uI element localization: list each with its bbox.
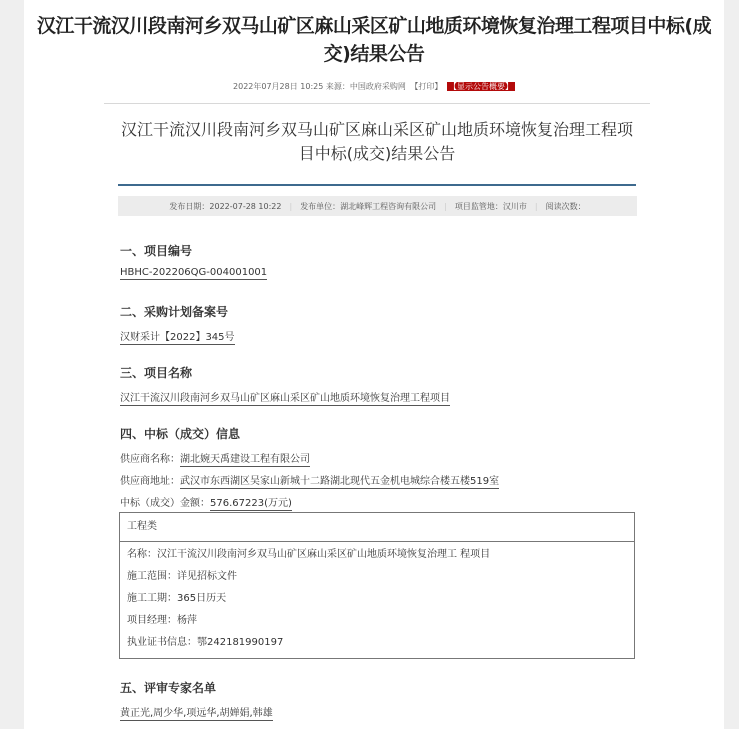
- category-header: 工程类: [120, 513, 634, 542]
- meta-supervision: 项目监管地：汉川市: [455, 201, 527, 212]
- plan-number: 汉财采计【2022】345号: [120, 328, 235, 343]
- project-name: 汉江干流汉川段南河乡双马山矿区麻山采区矿山地质环境恢复治理工程项目: [120, 389, 450, 404]
- section-heading-plan-number: 二、采购计划备案号: [120, 303, 228, 320]
- meta-divider: |: [289, 202, 292, 211]
- title-underline: [118, 184, 636, 186]
- page-title: 汉江干流汉川段南河乡双马山矿区麻山采区矿山地质环境恢复治理工程项目中标(成交)结…: [24, 12, 724, 68]
- meta-read-count: 阅读次数：: [546, 201, 586, 212]
- detail-certificate: 执业证书信息：鄂242181990197: [120, 632, 634, 654]
- award-amount: 中标（成交）金额：576.67223(万元): [120, 494, 292, 509]
- detail-name: 名称：汉江干流汉川段南河乡双马山矿区麻山采区矿山地质环境恢复治理工 程项目: [120, 544, 634, 566]
- project-number: HBHC-202206QG-004001001: [120, 267, 267, 278]
- page-container: 汉江干流汉川段南河乡双马山矿区麻山采区矿山地质环境恢复治理工程项目中标(成交)结…: [24, 0, 724, 729]
- meta-divider: |: [444, 202, 447, 211]
- meta-publisher: 发布单位：湖北峰辉工程咨询有限公司: [300, 201, 436, 212]
- divider: [104, 103, 650, 104]
- print-link[interactable]: 【打印】: [410, 82, 442, 91]
- project-detail-box: 工程类 名称：汉江干流汉川段南河乡双马山矿区麻山采区矿山地质环境恢复治理工 程项…: [119, 512, 635, 659]
- section-heading-project-number: 一、项目编号: [120, 242, 192, 259]
- meta-bar: 发布日期：2022-07-28 10:22 | 发布单位：湖北峰辉工程咨询有限公…: [118, 196, 637, 216]
- detail-manager: 项目经理：杨萍: [120, 610, 634, 632]
- detail-duration: 施工工期：365日历天: [120, 588, 634, 610]
- source-line: 2022年07月28日 10:25 来源：中国政府采购网 【打印】 【显示公告概…: [24, 81, 724, 92]
- show-summary-button[interactable]: 【显示公告概要】: [447, 82, 515, 91]
- expert-list: 黄正光,周少华,项远华,胡婵娟,韩雄: [120, 704, 273, 719]
- section-heading-project-name: 三、项目名称: [120, 364, 192, 381]
- meta-divider: |: [535, 202, 538, 211]
- publish-source: 2022年07月28日 10:25 来源：中国政府采购网: [233, 82, 406, 91]
- section-heading-award-info: 四、中标（成交）信息: [120, 425, 240, 442]
- supplier-name: 供应商名称：湖北婉天禹建设工程有限公司: [120, 450, 310, 465]
- section-heading-experts: 五、评审专家名单: [120, 679, 216, 696]
- detail-scope: 施工范围：详见招标文件: [120, 566, 634, 588]
- article-title: 汉江干流汉川段南河乡双马山矿区麻山采区矿山地质环境恢复治理工程项目中标(成交)结…: [118, 118, 636, 166]
- meta-publish-date: 发布日期：2022-07-28 10:22: [169, 201, 281, 212]
- supplier-address: 供应商地址：武汉市东西湖区吴家山新城十二路湖北现代五金机电城综合楼五楼519室: [120, 472, 499, 487]
